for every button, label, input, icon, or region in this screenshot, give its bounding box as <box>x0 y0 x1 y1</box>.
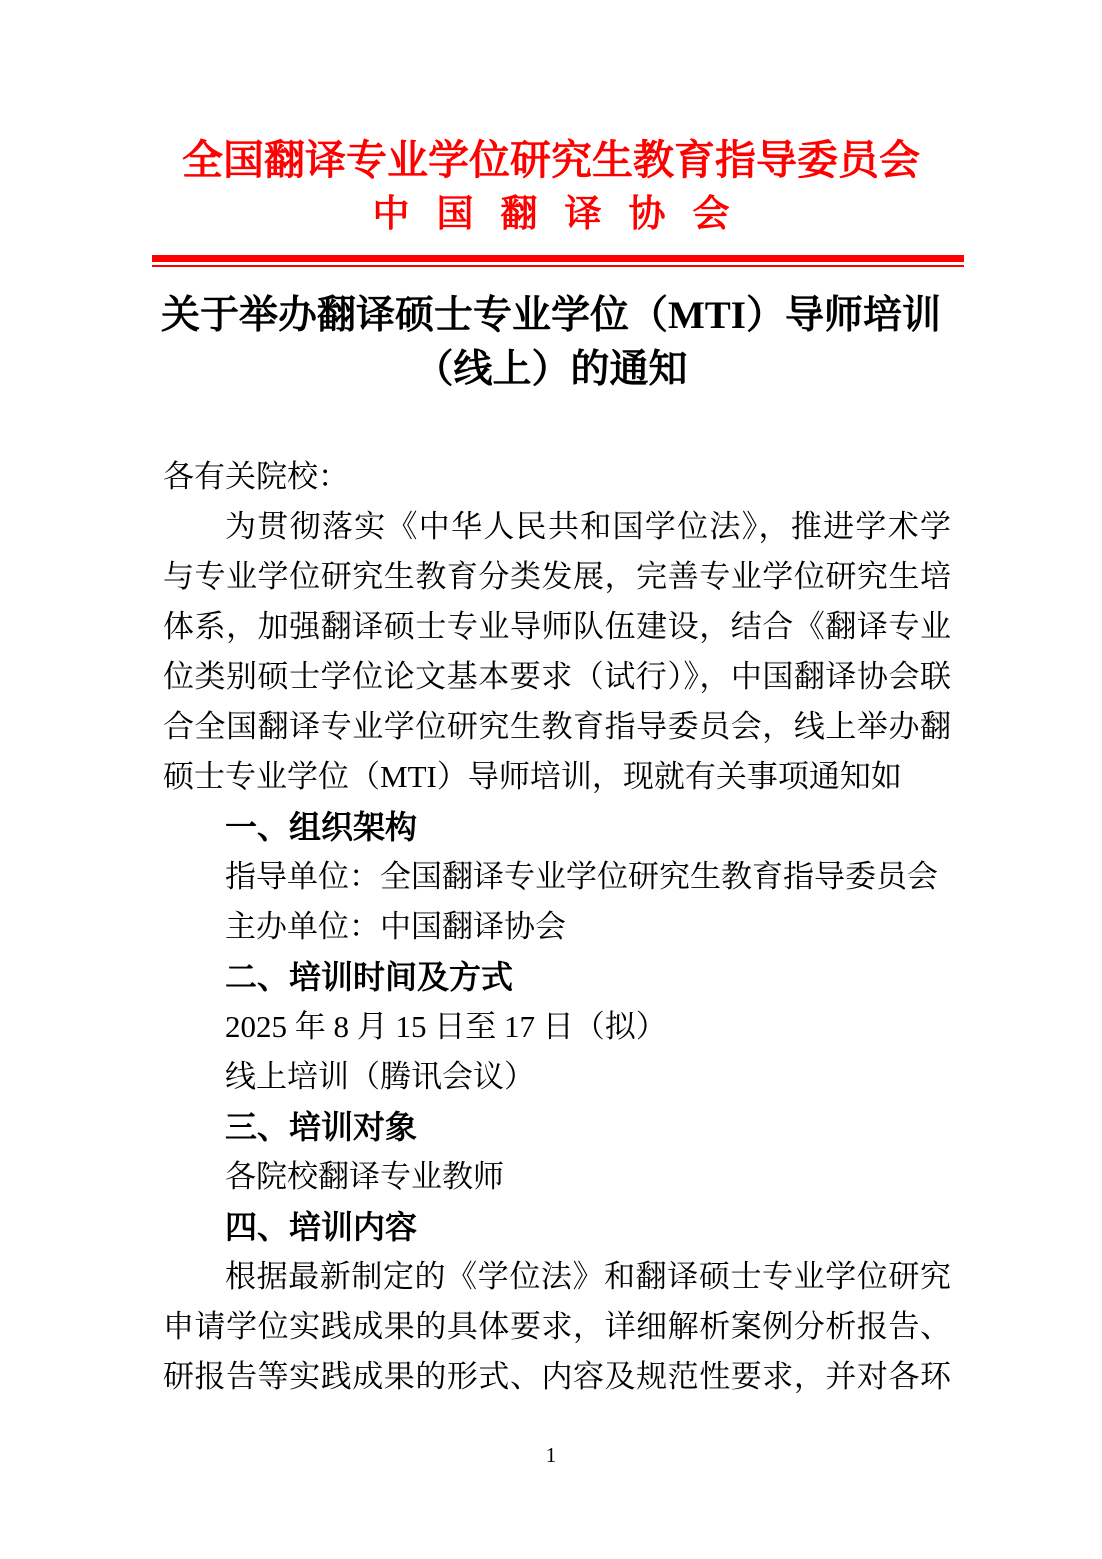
section-4-heading: 四、培训内容 <box>163 1202 951 1252</box>
document-title-line1: 关于举办翻译硕士专业学位（MTI）导师培训 <box>0 289 1102 343</box>
section-1-heading: 一、组织架构 <box>163 802 951 852</box>
paragraph-line: 硕士专业学位（MTI）导师培训，现就有关事项通知如下： <box>163 752 951 802</box>
document-title: 关于举办翻译硕士专业学位（MTI）导师培训 （线上）的通知 <box>0 289 1102 397</box>
paragraph-line: 为贯彻落实《中华人民共和国学位法》，推进学术学位 <box>163 502 951 552</box>
paragraph-line: 合全国翻译专业学位研究生教育指导委员会，线上举办翻译 <box>163 702 951 752</box>
salutation-line: 各有关院校： <box>163 452 951 502</box>
training-date-line: 2025 年 8 月 15 日至 17 日（拟） <box>163 1002 951 1052</box>
section-2-heading: 二、培训时间及方式 <box>163 952 951 1002</box>
paragraph-line: 与专业学位研究生教育分类发展，完善专业学位研究生培养 <box>163 552 951 602</box>
guidance-unit-line: 指导单位：全国翻译专业学位研究生教育指导委员会 <box>163 852 951 902</box>
paragraph-line: 位类别硕士学位论文基本要求（试行）》，中国翻译协会联 <box>163 652 951 702</box>
document-title-line2: （线上）的通知 <box>0 343 1102 397</box>
section-3-heading: 三、培训对象 <box>163 1102 951 1152</box>
divider-thick-line <box>152 255 964 262</box>
paragraph-line: 申请学位实践成果的具体要求，详细解析案例分析报告、调 <box>163 1302 951 1352</box>
letterhead-divider <box>152 255 964 267</box>
paragraph-line: 根据最新制定的《学位法》和翻译硕士专业学位研究生 <box>163 1252 951 1302</box>
page-number: 1 <box>0 1442 1102 1468</box>
document-body: 各有关院校： 为贯彻落实《中华人民共和国学位法》，推进学术学位 与专业学位研究生… <box>163 452 951 1402</box>
letterhead-org-line2: 中国翻译协会 <box>0 189 1102 239</box>
training-mode-line: 线上培训（腾讯会议） <box>163 1052 951 1102</box>
divider-thin-line <box>152 265 964 267</box>
host-unit-line: 主办单位：中国翻译协会 <box>163 902 951 952</box>
letterhead-org-line1: 全国翻译专业学位研究生教育指导委员会 <box>0 131 1102 189</box>
paragraph-line: 体系，加强翻译硕士专业导师队伍建设，结合《翻译专业学 <box>163 602 951 652</box>
letterhead: 全国翻译专业学位研究生教育指导委员会 中国翻译协会 <box>0 131 1102 239</box>
audience-line: 各院校翻译专业教师 <box>163 1152 951 1202</box>
paragraph-line: 研报告等实践成果的形式、内容及规范性要求，并对各环节 <box>163 1352 951 1402</box>
document-page: 全国翻译专业学位研究生教育指导委员会 中国翻译协会 关于举办翻译硕士专业学位（M… <box>0 0 1102 1559</box>
